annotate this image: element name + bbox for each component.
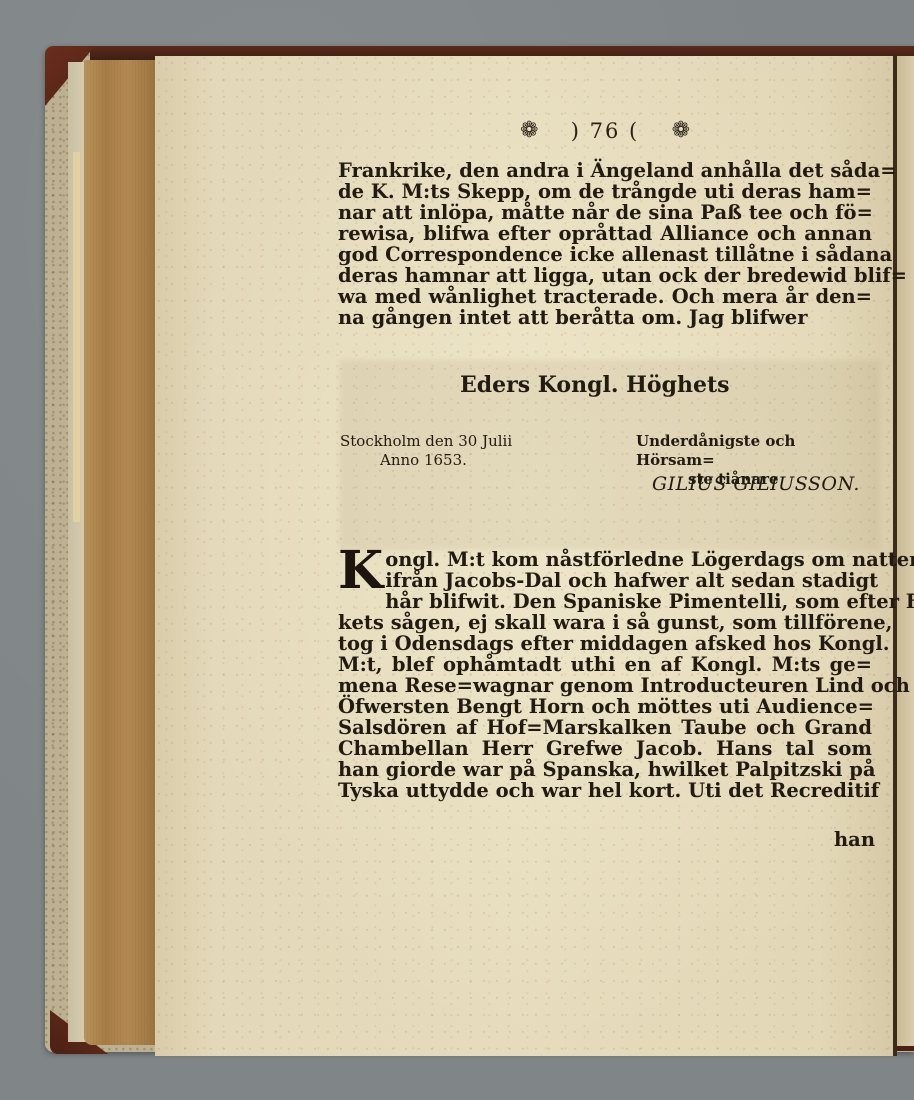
signoff-line: Underdånigste och Hörsam= <box>636 432 795 469</box>
text-line: Salsdören af Hof=Marskalken Taube och Gr… <box>338 717 872 738</box>
text-line: tog i Odensdags efter middagen afsked ho… <box>338 633 872 654</box>
text-line: mena Rese=wagnar genom Introducteuren Li… <box>338 675 872 696</box>
text-line: M:t, blef ophåmtadt uthi en af Kongl. M:… <box>338 654 872 675</box>
text-line: ifrån Jacobs-Dal och hafwer alt sedan st… <box>338 570 872 591</box>
place-date-line: Stockholm den 30 Julii <box>340 432 512 450</box>
page-stack-fore-edge <box>84 60 156 1045</box>
place-and-date: Stockholm den 30 Julii Anno 1653. <box>340 432 512 470</box>
text-line: god Correspondence icke allenast tillåtn… <box>338 244 872 265</box>
text-line: Tyska uttydde och war hel kort. Uti det … <box>338 780 872 801</box>
flower-ornament-icon: ❁ <box>520 118 538 143</box>
paragraph-news-report: K ongl. M:t kom nåstförledne Lögerdags o… <box>338 549 872 801</box>
place-date-line: Anno 1653. <box>340 451 512 470</box>
letter-closing: Eders Kongl. Höghets <box>460 372 730 398</box>
text-line: hår blifwit. Den Spaniske Pimentelli, so… <box>338 591 872 612</box>
text-line: kets sågen, ej skall wara i så gunst, so… <box>338 612 872 633</box>
page-marker-strip <box>73 152 80 522</box>
text-line: na gången intet att beråtta om. Jag blif… <box>338 307 872 328</box>
text-line: ongl. M:t kom nåstförledne Lögerdags om … <box>338 549 872 570</box>
paragraph-letter-body: Frankrike, den andra i Ängeland anhålla … <box>338 160 872 328</box>
text-line: Chambellan Herr Grefwe Jacob. Hans tal s… <box>338 738 872 759</box>
text-line: rewisa, blifwa efter opråttad Alliance o… <box>338 223 872 244</box>
text-line: han giorde war på Spanska, hwilket Palpi… <box>338 759 872 780</box>
page-number: ) 76 ( <box>571 119 639 143</box>
drop-cap: K <box>338 549 383 593</box>
text-line: wa med wånlighet tracterade. Och mera år… <box>338 286 872 307</box>
page-header: ❁ ) 76 ( ❁ <box>520 118 690 143</box>
text-line: Öfwersten Bengt Horn och möttes uti Audi… <box>338 696 872 717</box>
text-line: Frankrike, den andra i Ängeland anhålla … <box>338 160 872 181</box>
catchword: han <box>834 828 875 851</box>
flower-ornament-icon: ❁ <box>672 118 690 143</box>
text-line: nar att inlöpa, måtte når de sina Paß te… <box>338 202 872 223</box>
text-line: de K. M:ts Skepp, om de trångde uti dera… <box>338 181 872 202</box>
text-line: deras hamnar att ligga, utan ock der bre… <box>338 265 872 286</box>
signature: GILIUS GILIUSSON. <box>652 473 860 495</box>
